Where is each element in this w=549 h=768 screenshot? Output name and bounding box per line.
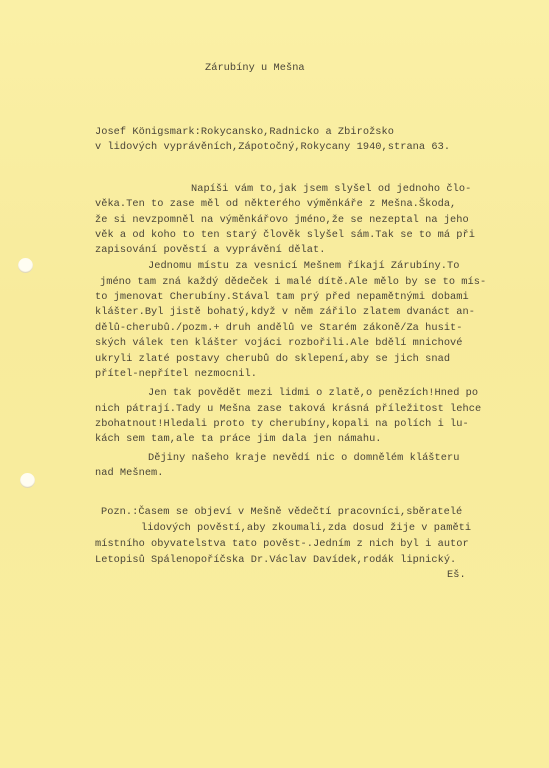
document-title: Zárubíny u Mešna (205, 61, 305, 76)
body-text-line: to jmenovat Cherubíny.Stával tam prý pře… (95, 290, 469, 305)
body-text-line: že si nevzpomněl na výměnkářovo jméno,že… (95, 213, 469, 228)
body-text-line: věk a od koho to ten starý člověk slyšel… (95, 228, 475, 243)
body-text-line: nich pátrají.Tady u Mešna zase taková kr… (95, 402, 481, 417)
signature: Eš. (447, 568, 466, 583)
source-citation-line-1: Josef Königsmark:Rokycansko,Radnicko a Z… (95, 125, 394, 140)
footnote-line: místního obyvatelstva tato pověst-.Jední… (95, 537, 469, 552)
body-text-line: Jednomu místu za vesnicí Mešnem říkají Z… (148, 259, 459, 274)
body-text-line: nad Mešnem. (95, 466, 164, 481)
body-text-line: klášter.Byl jistě bohatý,když v něm záři… (95, 305, 475, 320)
footnote-line: lidových pověstí,aby zkoumali,zda dosud … (141, 521, 471, 536)
body-text-line: věka.Ten to zase měl od některého výměnk… (95, 197, 456, 212)
source-citation-line-2: v lidových vyprávěních,Zápotočný,Rokycan… (95, 140, 450, 155)
body-text-line: dělů-cherubů./pozm.+ druh andělů ve Star… (95, 321, 463, 336)
body-text-line: zbohatnout!Hledali proto ty cherubíny,ko… (95, 417, 469, 432)
typewritten-page: Zárubíny u Mešna Josef Königsmark:Rokyca… (0, 0, 549, 768)
body-text-line: kách sem tam,ale ta práce jim dala jen n… (95, 432, 382, 447)
body-text-line: zapisování pověstí a vyprávění dělat. (95, 243, 325, 258)
body-text-line: ukryli zlaté postavy cherubů do sklepení… (95, 352, 450, 367)
punch-hole-top (18, 258, 33, 273)
footnote-line: Letopisů Spálenopoříčska Dr.Václav Davíd… (95, 553, 456, 568)
body-text-line: Jen tak povědět mezi lidmi o zlatě,o pen… (148, 386, 478, 401)
body-text-line: Napíši vám to,jak jsem slyšel od jednoho… (191, 182, 471, 197)
body-text-line: Dějiny našeho kraje nevědí nic o domnělé… (148, 451, 459, 466)
body-text-line: jméno tam zná každý dědeček i malé dítě.… (100, 275, 486, 290)
footnote-line: Pozn.:Časem se objeví v Mešně vědečtí pr… (101, 505, 462, 520)
body-text-line: ských válek ten klášter vojáci rozbořili… (95, 336, 463, 351)
punch-hole-bottom (20, 473, 35, 488)
body-text-line: přítel-nepřítel nezmocnil. (95, 367, 257, 382)
